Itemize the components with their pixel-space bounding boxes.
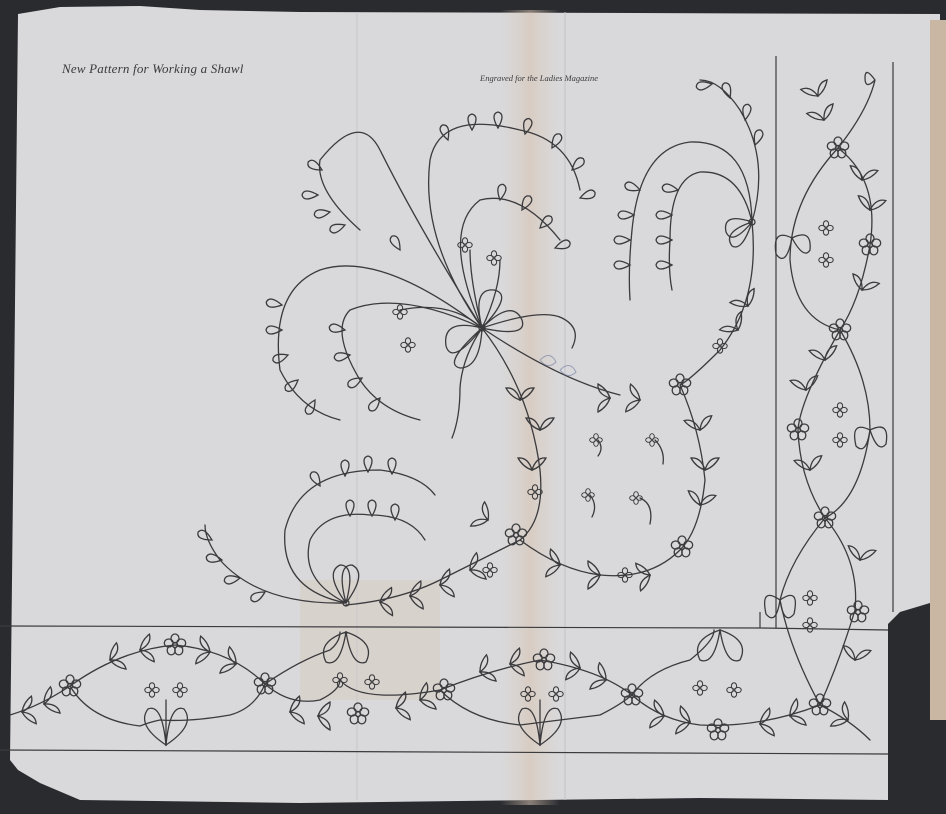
scanned-plate: New Pattern for Working a Shawl Engraved…: [0, 0, 946, 814]
pattern-plate-image: [0, 0, 946, 814]
plate-title: New Pattern for Working a Shawl: [62, 61, 244, 77]
engraver-credit: Engraved for the Ladies Magazine: [480, 73, 598, 83]
